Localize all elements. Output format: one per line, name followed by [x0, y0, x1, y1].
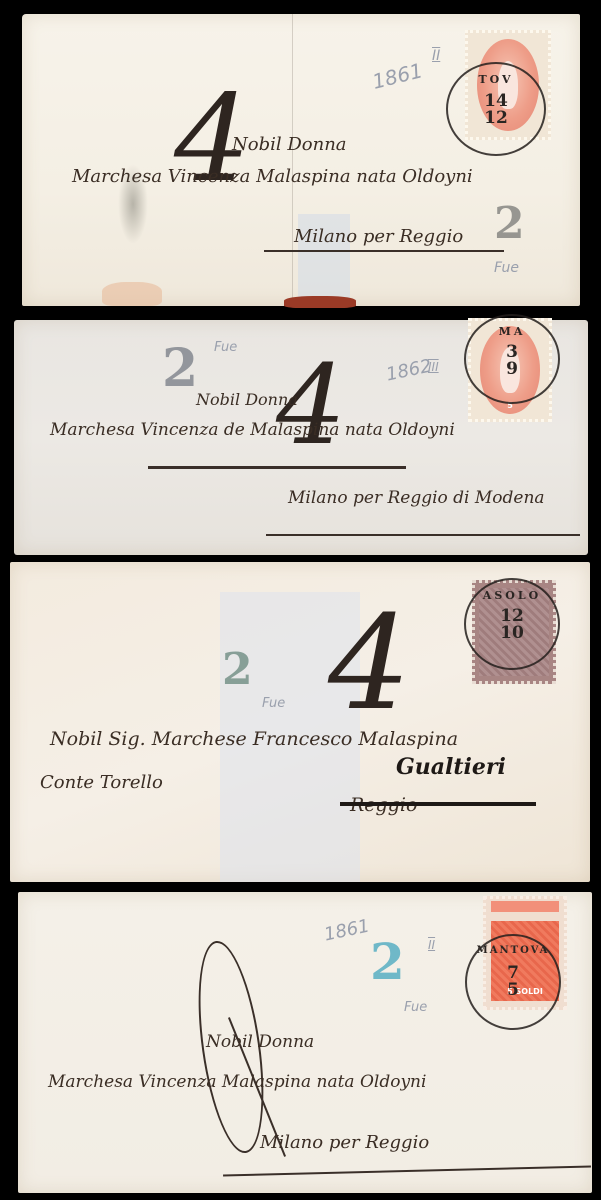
postal-cover-4: 5 SOLDI MANTOVA 7 5 1861 2 II Fue Nobil …	[18, 892, 592, 1193]
pencil-year-note: 1861	[322, 915, 371, 945]
address-line-1: Nobil Donna	[232, 134, 347, 155]
address-underline	[223, 1166, 591, 1176]
address-line-2: Conte Torello	[40, 772, 163, 793]
address-line-1: Nobil Sig. Marchese Francesco Malaspina	[50, 728, 458, 750]
address-line-2: Marchesa Vincenza Malaspina nata Oldoyni	[48, 1072, 426, 1092]
address-underline	[264, 250, 504, 252]
postmark: MANTOVA 7 5	[465, 934, 561, 1030]
tax-handstamp: 2	[222, 644, 253, 695]
address-line-3: Milano per Reggio	[294, 226, 463, 247]
fold-line	[292, 14, 293, 306]
pencil-year-note: 1861	[370, 58, 425, 94]
tax-handstamp: 2	[162, 338, 198, 399]
postmark: ASOLO 12 10	[464, 578, 560, 670]
address-line-1: Nobil Donna	[206, 1032, 314, 1052]
postmark: MA 3 9	[464, 314, 560, 404]
postal-cover-2: 5 MA 3 9 1862 III 2 Fue 4 Nobil Donna Ma…	[14, 320, 588, 555]
ink-smudge	[118, 164, 148, 244]
manuscript-rate-mark: 4	[328, 598, 411, 728]
seal-remnant	[102, 282, 162, 306]
pencil-signature: Fue	[404, 1000, 427, 1015]
pencil-signature: Fue	[214, 340, 237, 355]
tax-handstamp: 2	[370, 932, 405, 991]
pencil-roman-note: III	[428, 360, 439, 374]
postal-cover-1: TOV 14 12 1861 II 4 Nobil Donna Marchesa…	[22, 14, 580, 306]
pencil-roman-note: II	[428, 938, 435, 952]
address-line-3: Gualtieri	[396, 754, 506, 780]
pencil-year-note: 1862	[384, 355, 433, 385]
address-underline	[266, 534, 580, 536]
postal-cover-3: ASOLO 12 10 2 Fue 4 Nobil Sig. Marchese …	[10, 562, 590, 882]
tax-handstamp: 2	[494, 198, 525, 249]
strike-through	[340, 802, 536, 806]
pencil-signature: Fue	[262, 696, 285, 711]
pencil-roman-note: II	[432, 48, 440, 64]
address-underline	[148, 466, 406, 469]
address-line-1: Nobil Donna	[196, 390, 298, 409]
wax-seal-fragment	[284, 296, 356, 308]
pencil-signature: Fue	[494, 260, 519, 276]
address-line-3: Milano per Reggio	[260, 1132, 429, 1153]
address-line-2: Marchesa Vincenza de Malaspina nata Oldo…	[50, 420, 455, 440]
address-line-3: Milano per Reggio di Modena	[288, 488, 545, 508]
postmark: TOV 14 12	[446, 62, 546, 156]
